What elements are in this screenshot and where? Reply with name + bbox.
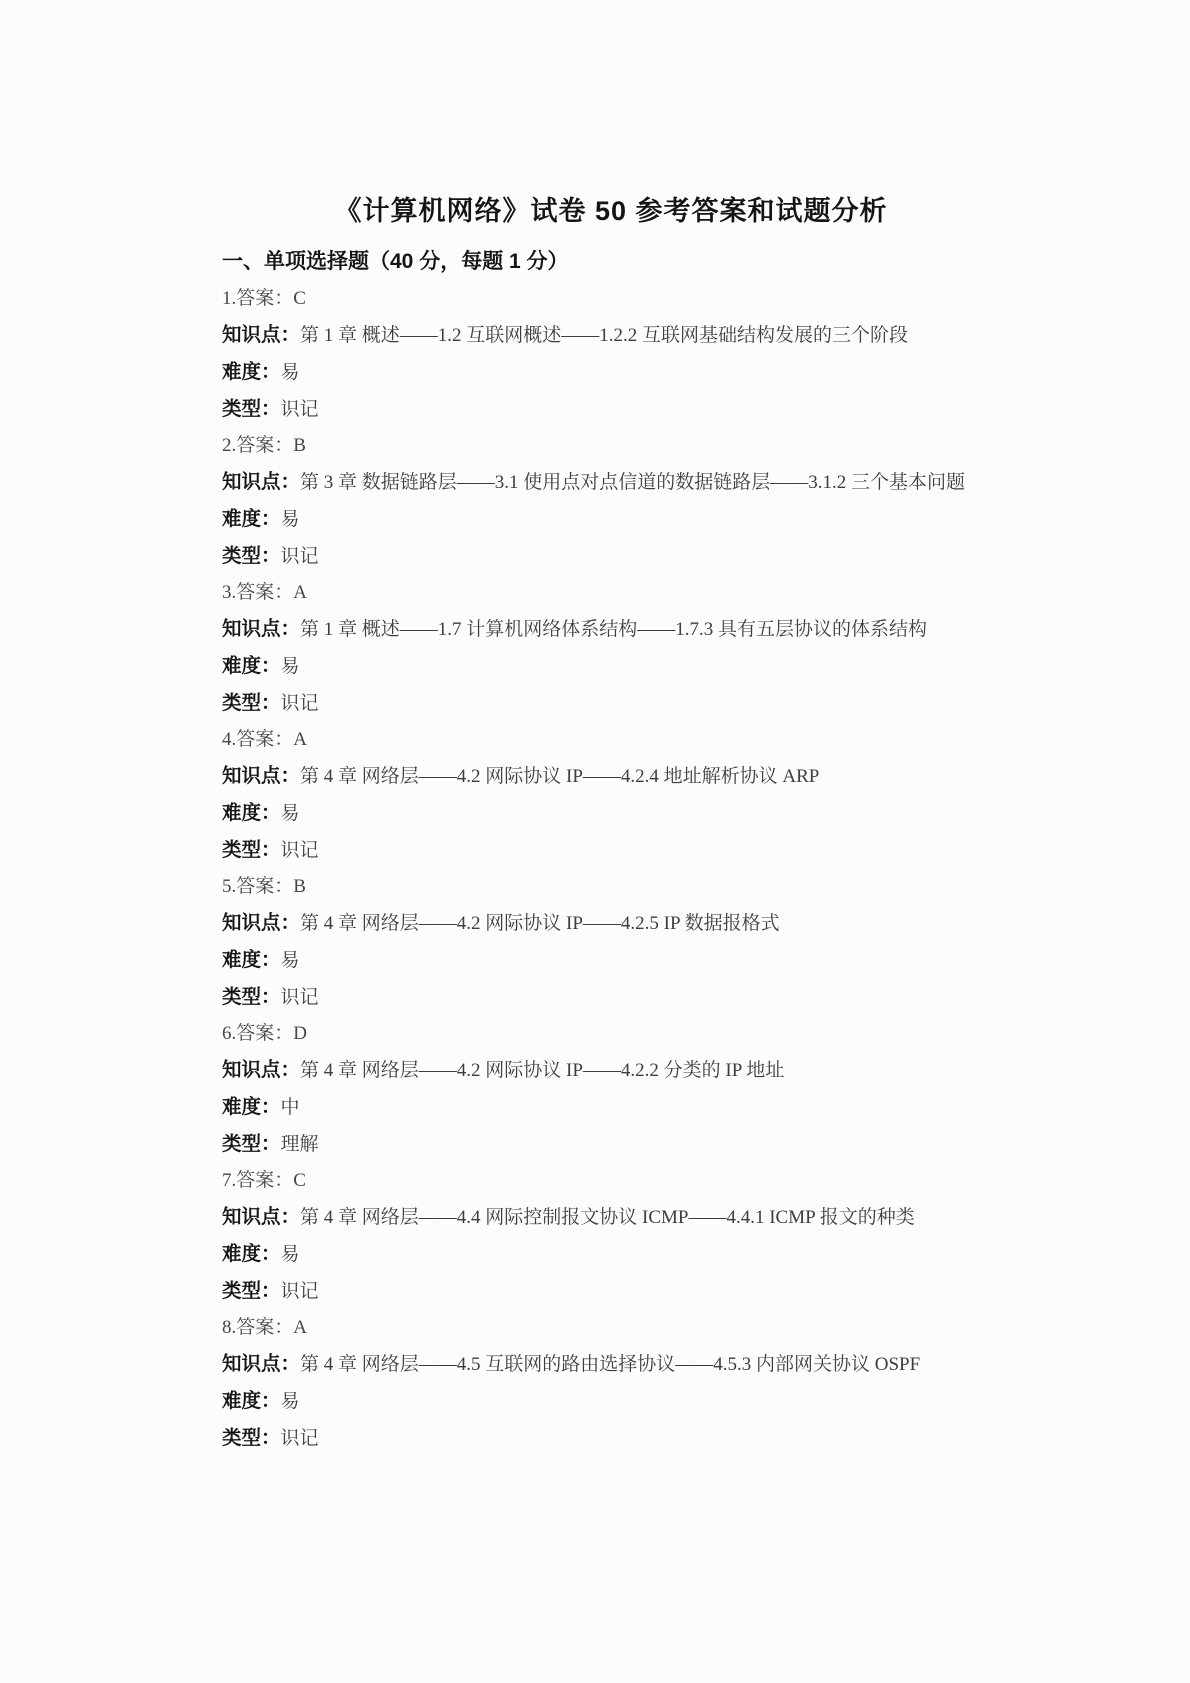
answer-value: A (293, 729, 307, 750)
question-block: 1.答案：C 知识点：第 1 章 概述——1.2 互联网概述——1.2.2 互联… (222, 281, 1000, 428)
knowledge-value: 第 3 章 数据链路层——3.1 使用点对点信道的数据链路层——3.1.2 三个… (300, 472, 965, 493)
type-label: 类型： (222, 1133, 281, 1155)
knowledge-value: 第 4 章 网络层——4.2 网际协议 IP——4.2.2 分类的 IP 地址 (300, 1060, 784, 1081)
question-block: 2.答案：B 知识点：第 3 章 数据链路层——3.1 使用点对点信道的数据链路… (222, 428, 1000, 575)
question-number: 7 (222, 1170, 232, 1191)
type-value: 识记 (281, 1428, 319, 1449)
answer-value: B (293, 435, 306, 456)
question-number: 2 (222, 435, 232, 456)
type-line: 类型：识记 (222, 832, 1000, 869)
knowledge-line: 知识点：第 4 章 网络层——4.2 网际协议 IP——4.2.4 地址解析协议… (222, 758, 1000, 795)
knowledge-label: 知识点： (222, 324, 300, 346)
type-label: 类型： (222, 692, 281, 714)
answer-value: A (293, 1317, 307, 1338)
type-line: 类型：识记 (222, 979, 1000, 1016)
document-page: 《计算机网络》试卷 50 参考答案和试题分析 一、单项选择题（40 分，每题 1… (0, 0, 1190, 1683)
question-number: 5 (222, 876, 232, 897)
answer-line: 1.答案：C (222, 281, 1000, 317)
question-block: 7.答案：C 知识点：第 4 章 网络层——4.4 网际控制报文协议 ICMP—… (222, 1163, 1000, 1310)
difficulty-label: 难度： (222, 361, 281, 383)
knowledge-value: 第 1 章 概述——1.7 计算机网络体系结构——1.7.3 具有五层协议的体系… (300, 619, 927, 640)
answer-label: .答案： (232, 1317, 294, 1338)
type-line: 类型：识记 (222, 1273, 1000, 1310)
knowledge-label: 知识点： (222, 1059, 300, 1081)
knowledge-label: 知识点： (222, 471, 300, 493)
knowledge-line: 知识点：第 4 章 网络层——4.2 网际协议 IP——4.2.2 分类的 IP… (222, 1052, 1000, 1089)
type-value: 识记 (281, 987, 319, 1008)
difficulty-value: 易 (281, 362, 300, 383)
answer-value: C (293, 288, 306, 309)
answer-label: .答案： (232, 1023, 294, 1044)
knowledge-value: 第 4 章 网络层——4.2 网际协议 IP——4.2.4 地址解析协议 ARP (300, 766, 819, 787)
question-block: 8.答案：A 知识点：第 4 章 网络层——4.5 互联网的路由选择协议——4.… (222, 1310, 1000, 1457)
question-block: 5.答案：B 知识点：第 4 章 网络层——4.2 网际协议 IP——4.2.5… (222, 869, 1000, 1016)
type-line: 类型：识记 (222, 538, 1000, 575)
answer-line: 6.答案：D (222, 1016, 1000, 1052)
knowledge-value: 第 4 章 网络层——4.4 网际控制报文协议 ICMP——4.4.1 ICMP… (300, 1207, 915, 1228)
type-value: 识记 (281, 840, 319, 861)
answer-label: .答案： (232, 729, 294, 750)
answer-label: .答案： (232, 876, 294, 897)
knowledge-label: 知识点： (222, 618, 300, 640)
knowledge-value: 第 4 章 网络层——4.2 网际协议 IP——4.2.5 IP 数据报格式 (300, 913, 780, 934)
answer-value: A (293, 582, 307, 603)
difficulty-label: 难度： (222, 802, 281, 824)
answer-value: B (293, 876, 306, 897)
difficulty-line: 难度：易 (222, 648, 1000, 685)
answer-line: 7.答案：C (222, 1163, 1000, 1199)
question-block: 4.答案：A 知识点：第 4 章 网络层——4.2 网际协议 IP——4.2.4… (222, 722, 1000, 869)
difficulty-line: 难度：易 (222, 942, 1000, 979)
difficulty-value: 中 (281, 1097, 300, 1118)
answer-value: C (293, 1170, 306, 1191)
section-heading: 一、单项选择题（40 分，每题 1 分） (222, 248, 1000, 276)
page-title: 《计算机网络》试卷 50 参考答案和试题分析 (222, 196, 1000, 226)
difficulty-label: 难度： (222, 655, 281, 677)
type-line: 类型：识记 (222, 391, 1000, 428)
answer-value: D (293, 1023, 307, 1044)
knowledge-label: 知识点： (222, 765, 300, 787)
knowledge-label: 知识点： (222, 1206, 300, 1228)
answer-label: .答案： (232, 582, 294, 603)
answer-label: .答案： (232, 435, 294, 456)
difficulty-line: 难度：易 (222, 1383, 1000, 1420)
knowledge-value: 第 1 章 概述——1.2 互联网概述——1.2.2 互联网基础结构发展的三个阶… (300, 325, 908, 346)
difficulty-value: 易 (281, 1391, 300, 1412)
answer-line: 2.答案：B (222, 428, 1000, 464)
difficulty-label: 难度： (222, 508, 281, 530)
answer-line: 4.答案：A (222, 722, 1000, 758)
question-block: 6.答案：D 知识点：第 4 章 网络层——4.2 网际协议 IP——4.2.2… (222, 1016, 1000, 1163)
question-number: 3 (222, 582, 232, 603)
answer-line: 5.答案：B (222, 869, 1000, 905)
knowledge-line: 知识点：第 4 章 网络层——4.4 网际控制报文协议 ICMP——4.4.1 … (222, 1199, 1000, 1236)
difficulty-label: 难度： (222, 949, 281, 971)
type-label: 类型： (222, 1427, 281, 1449)
knowledge-value: 第 4 章 网络层——4.5 互联网的路由选择协议——4.5.3 内部网关协议 … (300, 1354, 920, 1375)
difficulty-line: 难度：中 (222, 1089, 1000, 1126)
answer-line: 8.答案：A (222, 1310, 1000, 1346)
question-number: 4 (222, 729, 232, 750)
type-value: 识记 (281, 399, 319, 420)
knowledge-label: 知识点： (222, 1353, 300, 1375)
type-line: 类型：识记 (222, 1420, 1000, 1457)
question-number: 6 (222, 1023, 232, 1044)
difficulty-value: 易 (281, 656, 300, 677)
type-line: 类型：识记 (222, 685, 1000, 722)
question-block: 3.答案：A 知识点：第 1 章 概述——1.7 计算机网络体系结构——1.7.… (222, 575, 1000, 722)
difficulty-label: 难度： (222, 1243, 281, 1265)
difficulty-value: 易 (281, 1244, 300, 1265)
question-number: 8 (222, 1317, 232, 1338)
difficulty-value: 易 (281, 803, 300, 824)
knowledge-line: 知识点：第 1 章 概述——1.7 计算机网络体系结构——1.7.3 具有五层协… (222, 611, 1000, 648)
answer-label: .答案： (232, 1170, 294, 1191)
difficulty-label: 难度： (222, 1096, 281, 1118)
type-value: 识记 (281, 546, 319, 567)
knowledge-label: 知识点： (222, 912, 300, 934)
type-label: 类型： (222, 398, 281, 420)
answer-label: .答案： (232, 288, 294, 309)
difficulty-value: 易 (281, 950, 300, 971)
difficulty-line: 难度：易 (222, 354, 1000, 391)
type-label: 类型： (222, 839, 281, 861)
difficulty-label: 难度： (222, 1390, 281, 1412)
type-value: 识记 (281, 1281, 319, 1302)
questions-list: 1.答案：C 知识点：第 1 章 概述——1.2 互联网概述——1.2.2 互联… (222, 281, 1000, 1457)
type-label: 类型： (222, 986, 281, 1008)
difficulty-line: 难度：易 (222, 795, 1000, 832)
answer-line: 3.答案：A (222, 575, 1000, 611)
knowledge-line: 知识点：第 3 章 数据链路层——3.1 使用点对点信道的数据链路层——3.1.… (222, 464, 1000, 501)
knowledge-line: 知识点：第 4 章 网络层——4.5 互联网的路由选择协议——4.5.3 内部网… (222, 1346, 1000, 1383)
knowledge-line: 知识点：第 4 章 网络层——4.2 网际协议 IP——4.2.5 IP 数据报… (222, 905, 1000, 942)
knowledge-line: 知识点：第 1 章 概述——1.2 互联网概述——1.2.2 互联网基础结构发展… (222, 317, 1000, 354)
difficulty-line: 难度：易 (222, 1236, 1000, 1273)
type-value: 理解 (281, 1134, 319, 1155)
type-line: 类型：理解 (222, 1126, 1000, 1163)
difficulty-value: 易 (281, 509, 300, 530)
difficulty-line: 难度：易 (222, 501, 1000, 538)
type-value: 识记 (281, 693, 319, 714)
type-label: 类型： (222, 545, 281, 567)
type-label: 类型： (222, 1280, 281, 1302)
question-number: 1 (222, 288, 232, 309)
